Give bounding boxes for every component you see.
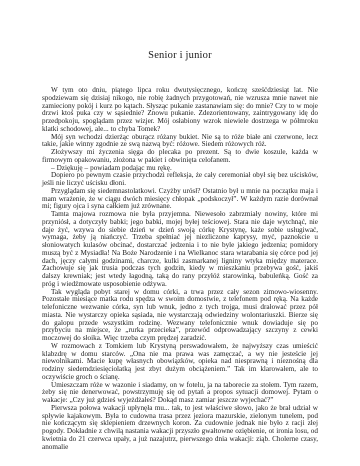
paragraph: Dopiero po pewnym czasie przychodzi refl… xyxy=(42,172,318,188)
document-page: Senior i junior W tym oto dniu, piątego … xyxy=(0,0,360,466)
paragraph: Pierwsza połowa wakacji upłynęła mu... t… xyxy=(42,405,318,452)
page-title: Senior i junior xyxy=(0,0,360,61)
paragraph: Przyglądam się siedemnastolatkowi. Czyżb… xyxy=(42,188,318,211)
body-text: W tym oto dniu, piątego lipca roku dwuty… xyxy=(42,87,318,451)
paragraph: W rozmowach z Tomkiem lub Krystyną persw… xyxy=(42,343,318,382)
paragraph: W tym oto dniu, piątego lipca roku dwuty… xyxy=(42,87,318,134)
paragraph: Tamta majowa rozmowa nie była przyjemna.… xyxy=(42,211,318,289)
paragraph: Złożywszy mi życzenia sięga do plecaka p… xyxy=(42,149,318,165)
paragraph: Mój syn wchodzi dzierżąc oburącz różany … xyxy=(42,134,318,150)
paragraph: Umieszczam róże w wazonie i siadamy, on … xyxy=(42,382,318,405)
paragraph: Tak wygląda pobyt starej w domu córki, a… xyxy=(42,289,318,343)
